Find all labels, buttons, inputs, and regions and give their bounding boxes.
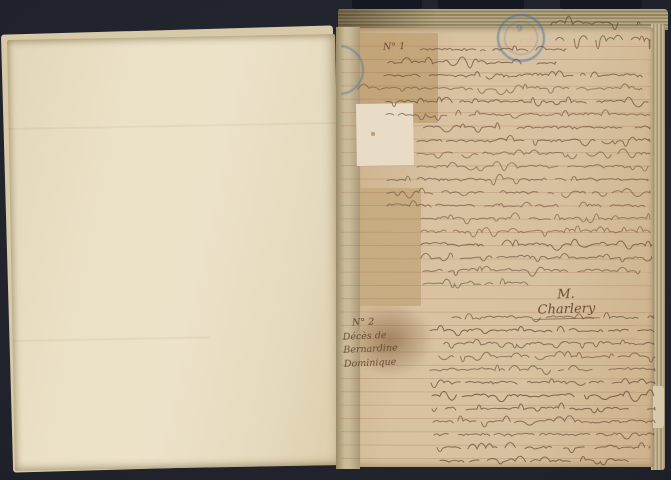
book-clamp [352,0,422,9]
book-clamp [438,0,524,9]
repair-patch-middle [357,188,421,306]
left-blank-page [7,34,343,471]
page-crease [9,122,337,130]
book-clamp [560,0,642,9]
partial-stamp-circle [341,45,364,95]
partial-stamp-icon [341,42,367,100]
book-scan: 9 · · · · · N° 1 M. Charlery N° 2 Décès … [0,0,671,480]
entry-heading-text: M. Charlery [533,286,600,320]
record-number: N° 1 [383,40,429,53]
margin-annotation: N° 2 Décès de Bernardine Dominique [342,313,432,371]
page-crease [13,336,210,342]
